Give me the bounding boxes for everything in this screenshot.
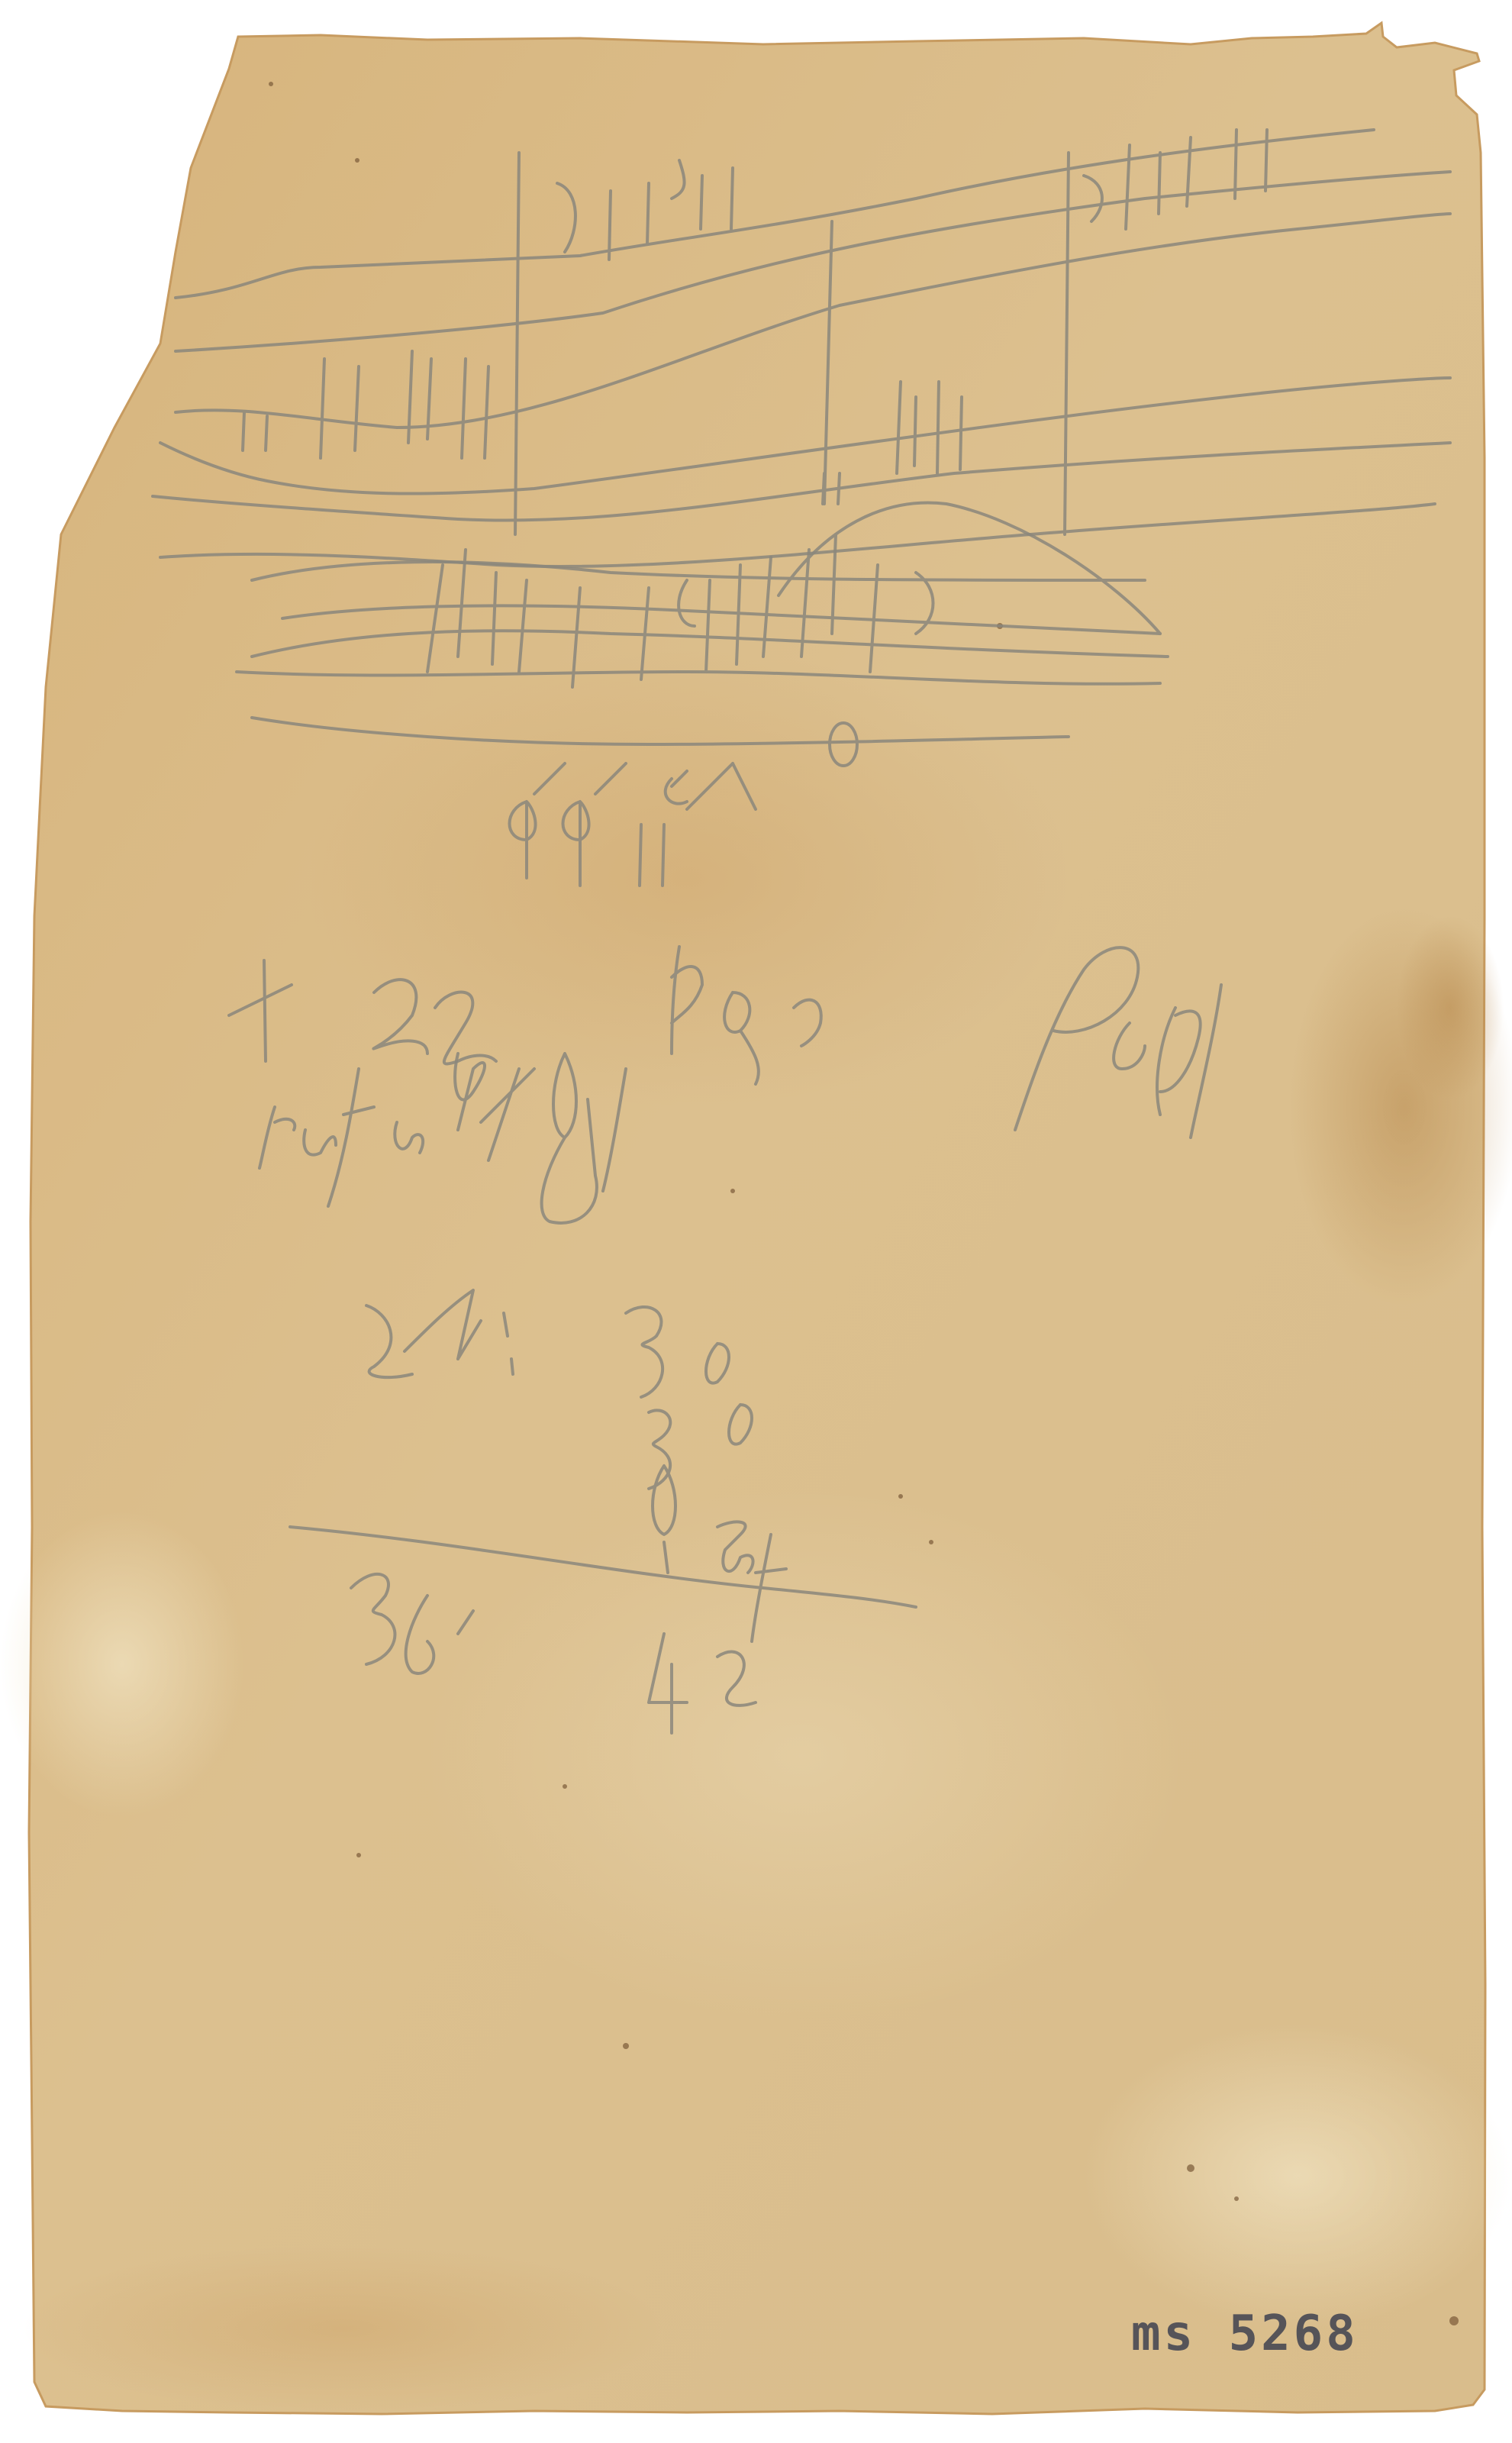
shelfmark-stamp: ms 5268 (1131, 2306, 1359, 2362)
paper-sheet (0, 0, 1512, 2443)
manuscript-page: + 22 Vog Pcy rut in dig 2 Mi 30 30 0 1 8… (0, 0, 1512, 2443)
